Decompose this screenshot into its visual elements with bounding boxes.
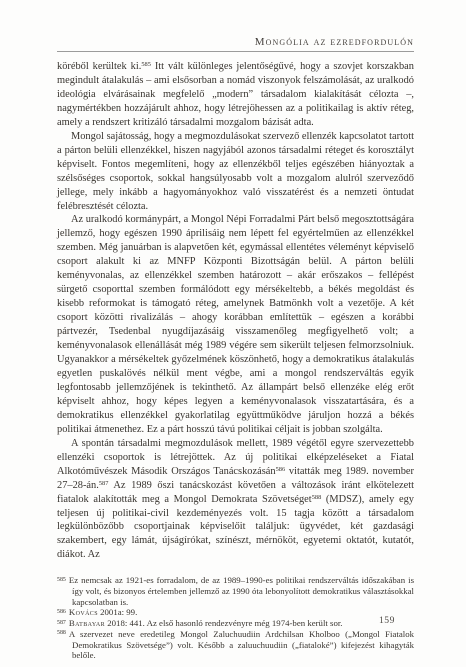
body-paragraph: Mongol sajátosság, hogy a megmozdulásoka…: [57, 130, 414, 214]
author-name-smallcaps: Kovács: [69, 607, 98, 617]
page-number: 159: [379, 615, 395, 626]
footnote: 585Ez nemcsak az 1921-es forradalom, de …: [57, 575, 414, 607]
author-name-smallcaps: Batbayar: [69, 618, 105, 628]
footnote-ref: 586: [276, 466, 286, 473]
body-paragraph: A spontán társadalmi megmozdulások melle…: [57, 437, 414, 563]
footnote: 588A szervezet neve eredetileg Mongol Za…: [57, 629, 414, 661]
footnote: 586Kovács 2001a: 99.: [57, 607, 414, 618]
footnote-number: 585: [57, 577, 66, 583]
header-rule: [57, 51, 414, 52]
running-header: Mongólia az ezredfordulón: [57, 36, 414, 49]
footnote-number: 588: [57, 630, 66, 636]
footnote-ref: 588: [312, 494, 322, 501]
footnote-number: 587: [57, 620, 66, 626]
running-header-title: Mongólia az ezredfordulón: [255, 36, 414, 48]
footnote-ref: 585: [141, 61, 151, 68]
footnote: 587Batbayar 2018: 441. Az első hasonló r…: [57, 618, 414, 629]
footnote-ref: 587: [99, 480, 109, 487]
footnotes-section: 585Ez nemcsak az 1921-es forradalom, de …: [57, 575, 414, 661]
page-content: Mongólia az ezredfordulón köréből került…: [57, 0, 414, 661]
footnote-number: 586: [57, 609, 66, 615]
book-page: Mongólia az ezredfordulón köréből került…: [0, 0, 466, 667]
body-paragraph: köréből kerültek ki.585 Itt vált különle…: [57, 60, 414, 130]
body-text: köréből kerültek ki.585 Itt vált különle…: [57, 60, 414, 562]
body-paragraph: Az uralkodó kormánypárt, a Mongol Népi F…: [57, 213, 414, 436]
